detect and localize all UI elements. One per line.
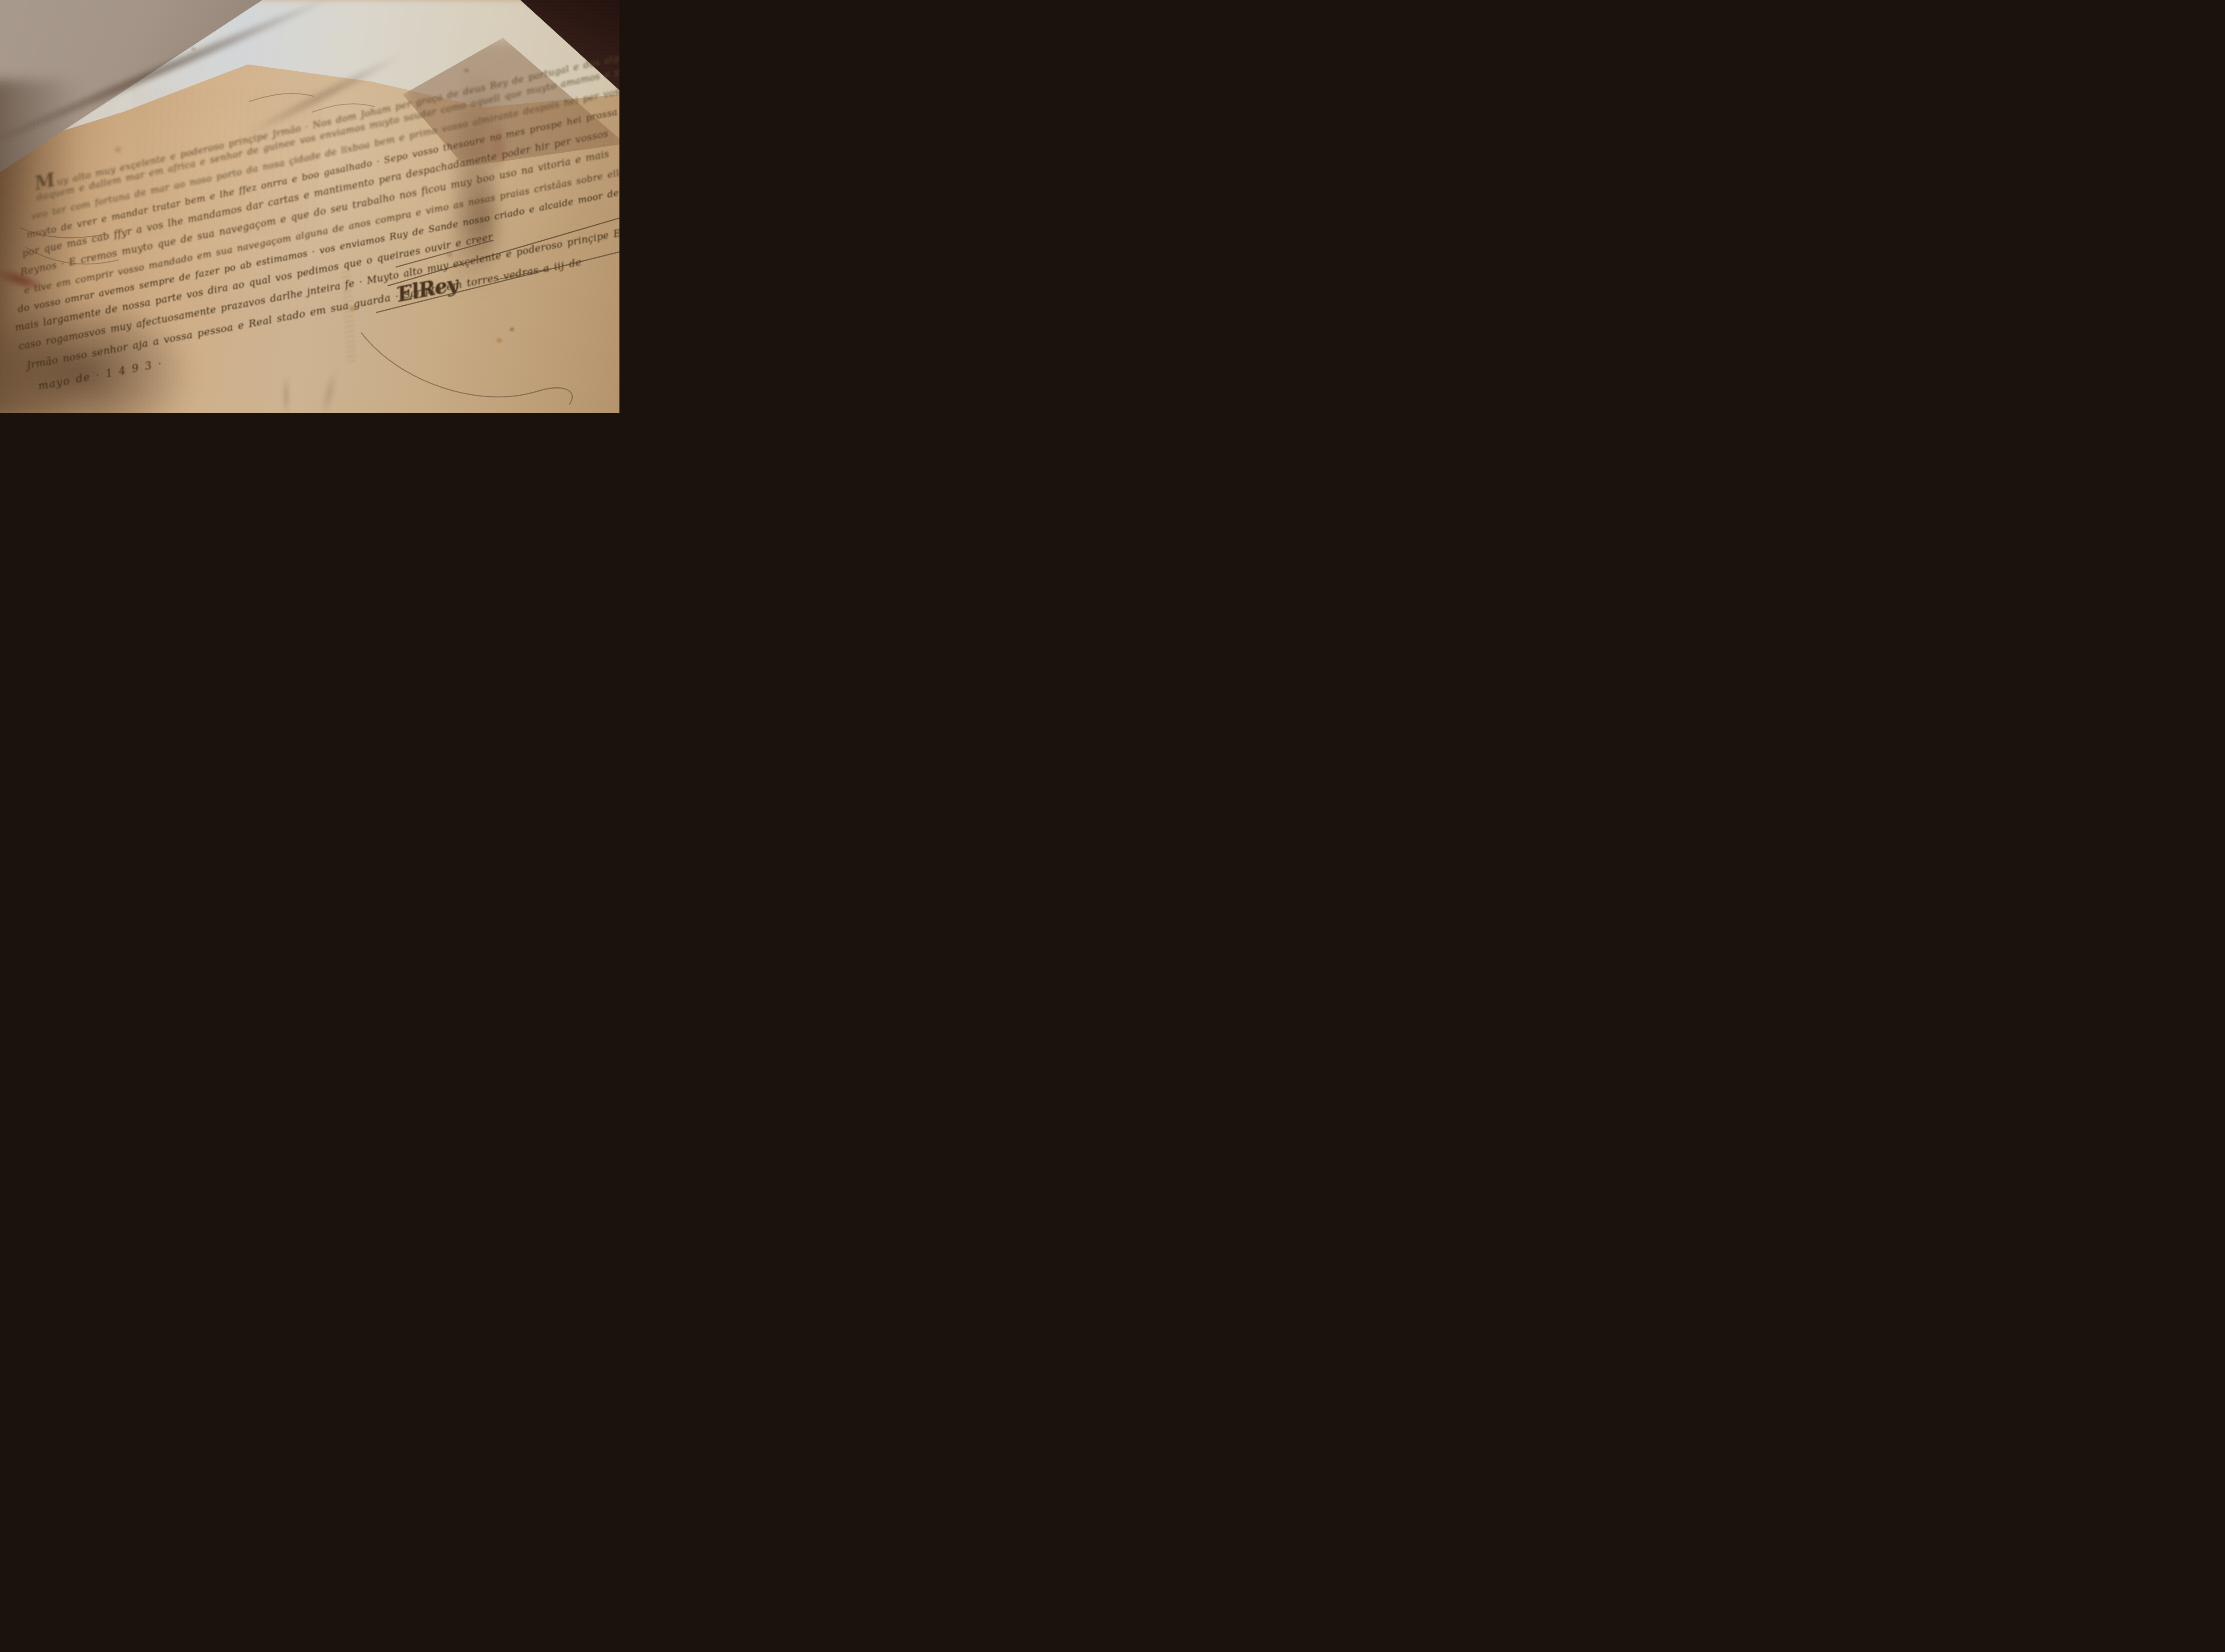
signature-rubric-flourish	[0, 0, 619, 413]
framed-manuscript-photo: Muy alto muy exçelente e poderoso prinçi…	[0, 0, 619, 413]
